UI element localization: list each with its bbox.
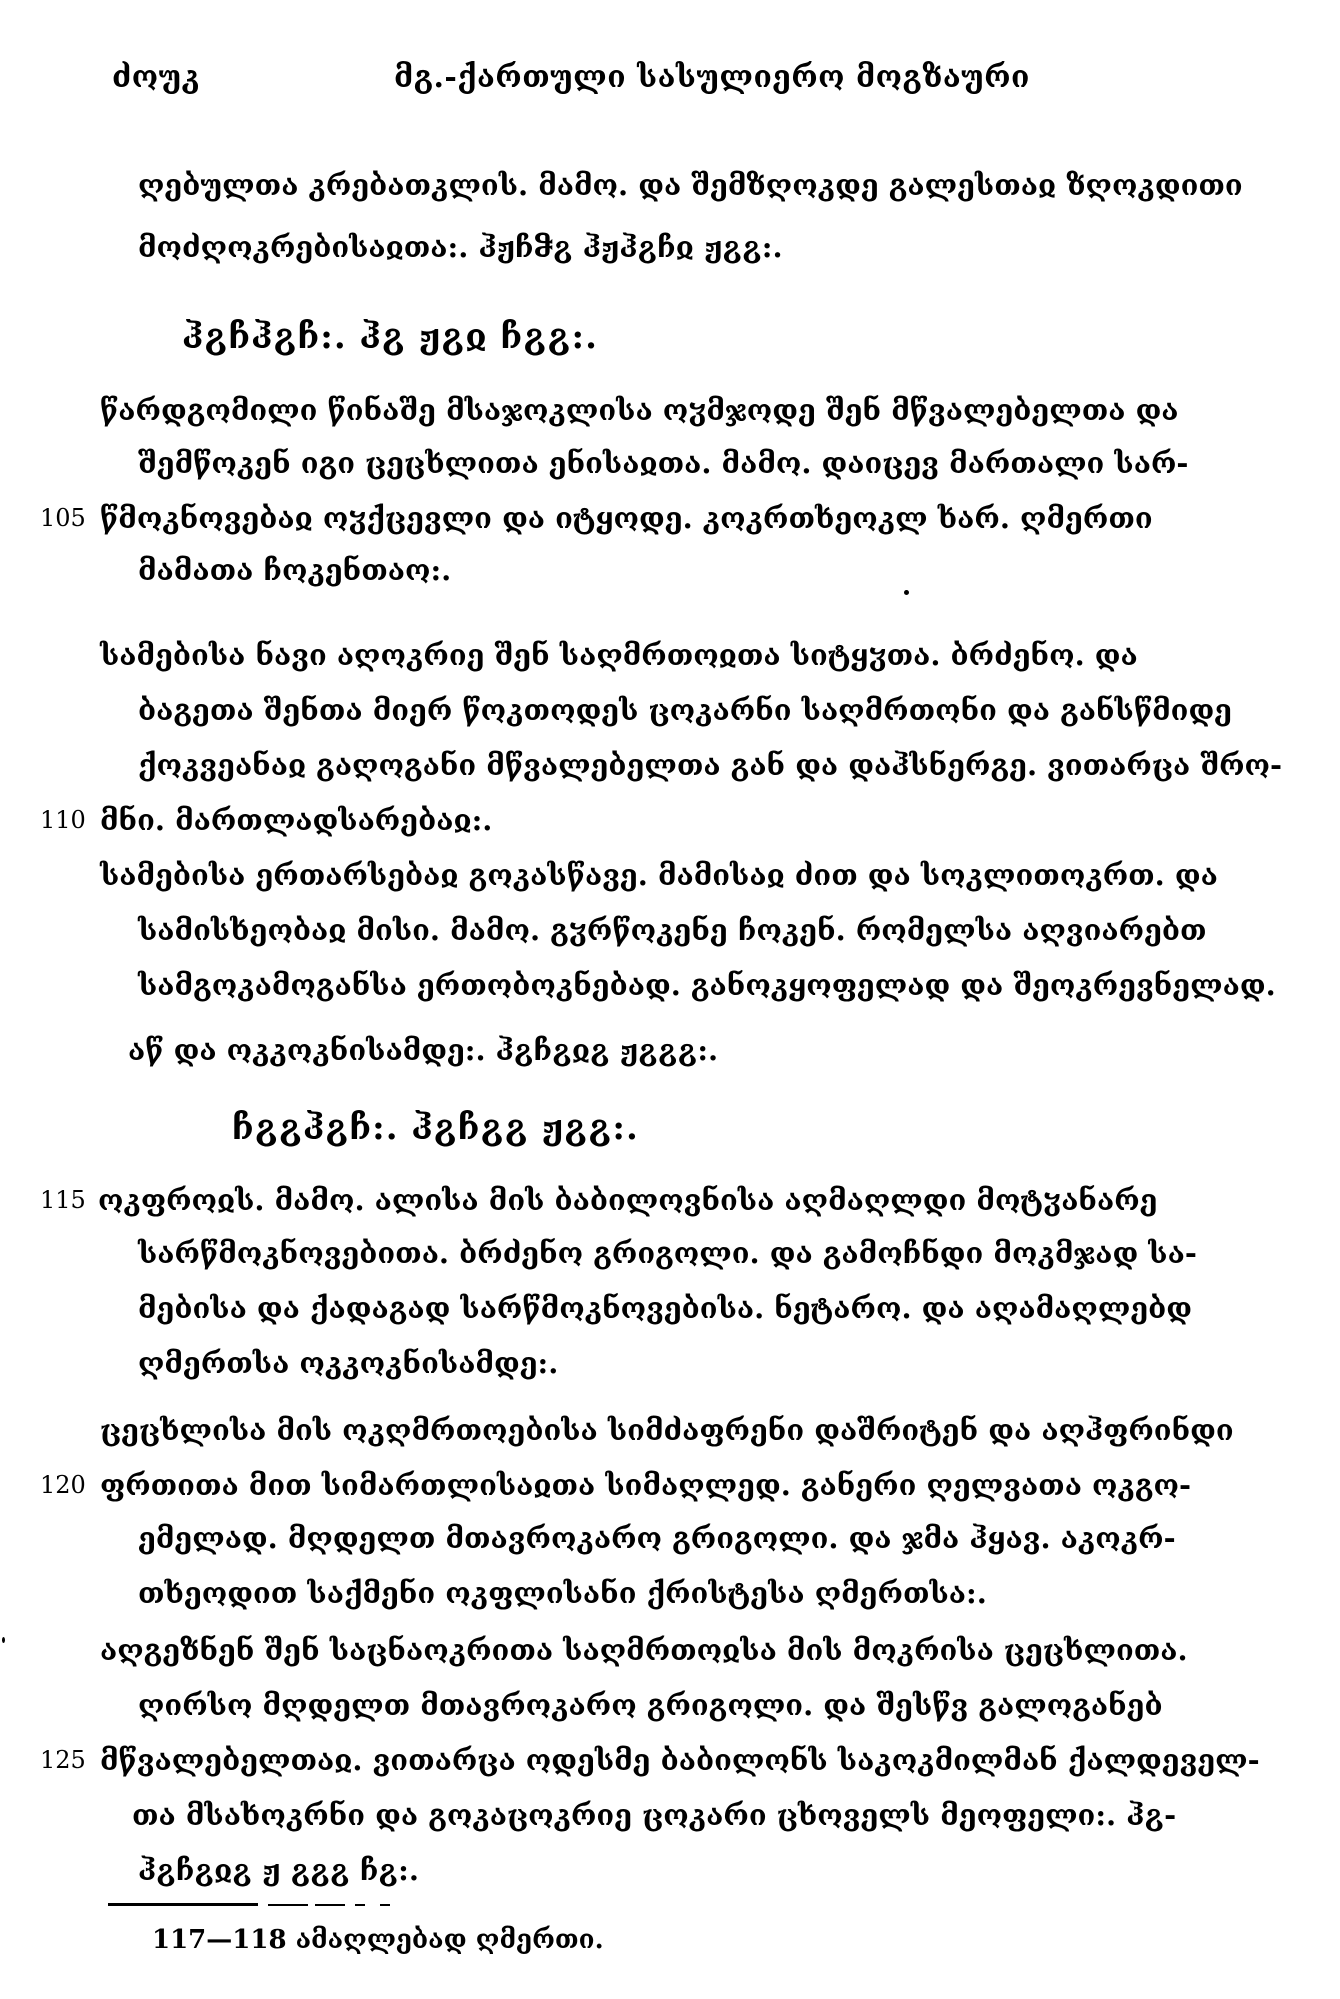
line-number: 110	[40, 795, 100, 845]
line-text: თხეოდით საქმენი ოკფლისანი ქრისტესა ღმერთ…	[138, 1568, 987, 1618]
line-text: ქოკვეანაჲ გაღოგანი მწვალებელთა გან და და…	[138, 740, 1282, 790]
line-text: აწ და ოკკოკნისამდე:. ჰჷჩჷჲჷ ჟჷჷჷ:.	[128, 1025, 718, 1075]
text-line: წარდგომილი წინაშე მსაჯოკლისა ოჳმჯოდე შენ…	[0, 385, 1340, 435]
text-line: 105წმოკნოვებაჲ ოჳქცევლი და იტყოდე. კოკრთ…	[0, 493, 1340, 543]
text-line: ქოკვეანაჲ გაღოგანი მწვალებელთა გან და და…	[0, 740, 1340, 790]
line-text: წმოკნოვებაჲ ოჳქცევლი და იტყოდე. კოკრთხეო…	[100, 493, 1153, 543]
line-text: ღირსო მღდელთ მთავროკარო გრიგოლი. და შესწ…	[138, 1680, 1163, 1730]
line-text: ფრთითა მით სიმართლისაჲთა სიმაღლედ. განერ…	[100, 1460, 1191, 1510]
line-text: წარდგომილი წინაშე მსაჯოკლისა ოჳმჯოდე შენ…	[100, 385, 1179, 435]
line-text: ოკფროჲს. მამო. ალისა მის ბაბილოვნისა აღმ…	[98, 1175, 1157, 1225]
text-line: სარწმოკნოვებითა. ბრძენო გრიგოლი. და გამო…	[0, 1228, 1340, 1278]
text-line: მოძღოკრებისაჲთა:. ჰჟჩჵჷ ჰჟჰჷჩჲ ჟჷჷ:.	[0, 222, 1340, 272]
text-line: ბაგეთა შენთა მიერ წოკთოდეს ცოკარნი საღმრ…	[0, 685, 1340, 735]
text-line: თა მსახოკრნი და გოკაცოკრიე ცოკარი ცხოველ…	[0, 1790, 1340, 1840]
text-line: სამებისა ერთარსებაჲ გოკასწავე. მამისაჲ ძ…	[0, 850, 1340, 900]
footnote-rule	[108, 1903, 258, 1906]
line-number: 125	[40, 1735, 100, 1785]
text-line: ემელად. მღდელთ მთავროკარო გრიგოლი. და ჯმ…	[0, 1513, 1340, 1563]
line-text: სამგოკამოგანსა ერთობოკნებად. განოკყოფელა…	[138, 960, 1276, 1010]
scanned-book-page: ძოუკ მგ.-ქართული სასულიერო მოგზაური ღებუ…	[0, 0, 1340, 1999]
stray-mark	[904, 590, 909, 595]
heading-text: ჰჷჩჰჷჩ:. ჰჷ ჟჷჲ ჩჷჷ:.	[182, 312, 598, 362]
line-text: ღმერთსა ოკკოკნისამდე:.	[138, 1338, 558, 1388]
text-line: თხეოდით საქმენი ოკფლისანი ქრისტესა ღმერთ…	[0, 1568, 1340, 1618]
text-line: სამებისა ნავი აღოკრიე შენ საღმრთოჲთა სიტ…	[0, 630, 1340, 680]
line-text: მწვალებელთაჲ. ვითარცა ოდესმე ბაბილონს სა…	[100, 1735, 1260, 1785]
text-line: შემწოკენ იგი ცეცხლითა ენისაჲთა. მამო. და…	[0, 438, 1340, 488]
text-line: ღებულთა კრებათკლის. მამო. და შემზღოკდე გ…	[0, 160, 1340, 210]
line-text: მნი. მართლადსარებაჲ:.	[100, 795, 492, 845]
running-title: მგ.-ქართული სასულიერო მოგზაური	[394, 60, 1030, 95]
line-text: მებისა და ქადაგად სარწმოკნოვებისა. ნეტარ…	[138, 1283, 1192, 1333]
line-text: აღგეზნენ შენ საცნაოკრითა საღმრთოჲსა მის …	[100, 1625, 1188, 1675]
text-line: აღგეზნენ შენ საცნაოკრითა საღმრთოჲსა მის …	[0, 1625, 1340, 1675]
line-number: 115	[40, 1175, 100, 1225]
footnote-rule-dash	[268, 1904, 308, 1906]
section-heading: ჰჷჩჰჷჩ:. ჰჷ ჟჷჲ ჩჷჷ:.	[0, 312, 1340, 362]
line-text: სამებისა ნავი აღოკრიე შენ საღმრთოჲთა სიტ…	[100, 630, 1138, 680]
text-line: ღმერთსა ოკკოკნისამდე:.	[0, 1338, 1340, 1388]
line-text: ღებულთა კრებათკლის. მამო. და შემზღოკდე გ…	[138, 160, 1243, 210]
page-number: ძოუკ	[112, 60, 200, 95]
line-text: სამისხეობაჲ მისი. მამო. გჳრწოკენე ჩოკენ.…	[138, 905, 1207, 955]
line-text: თა მსახოკრნი და გოკაცოკრიე ცოკარი ცხოველ…	[132, 1790, 1176, 1840]
footnote: 117—118 ამაღლებად ღმერთი.	[152, 1925, 604, 1955]
text-line: ღირსო მღდელთ მთავროკარო გრიგოლი. და შესწ…	[0, 1680, 1340, 1730]
line-text: ბაგეთა შენთა მიერ წოკთოდეს ცოკარნი საღმრ…	[138, 685, 1232, 735]
text-line: სამისხეობაჲ მისი. მამო. გჳრწოკენე ჩოკენ.…	[0, 905, 1340, 955]
line-number: 105	[40, 493, 100, 543]
text-line: 115ოკფროჲს. მამო. ალისა მის ბაბილოვნისა …	[0, 1175, 1340, 1225]
line-text: სარწმოკნოვებითა. ბრძენო გრიგოლი. და გამო…	[138, 1228, 1197, 1278]
text-line: 120ფრთითა მით სიმართლისაჲთა სიმაღლედ. გა…	[0, 1460, 1340, 1510]
text-line: ჰჷჩჷჲჷ ჟ ჷჷჷ ჩჷ:.	[0, 1845, 1340, 1895]
footnote-rule-dash	[380, 1904, 390, 1906]
line-text: ცეცხლისა მის ოკღმრთოებისა სიმძაფრენი დაშ…	[100, 1405, 1234, 1455]
line-text: ემელად. მღდელთ მთავროკარო გრიგოლი. და ჯმ…	[138, 1513, 1176, 1563]
footnote-rule-dash	[315, 1904, 345, 1906]
line-text: მამათა ჩოკენთაო:.	[138, 545, 451, 595]
text-line: ცეცხლისა მის ოკღმრთოებისა სიმძაფრენი დაშ…	[0, 1405, 1340, 1455]
text-line: 125მწვალებელთაჲ. ვითარცა ოდესმე ბაბილონს…	[0, 1735, 1340, 1785]
stray-mark	[2, 1637, 5, 1643]
line-text: ჰჷჩჷჲჷ ჟ ჷჷჷ ჩჷ:.	[138, 1845, 419, 1895]
text-line: სამგოკამოგანსა ერთობოკნებად. განოკყოფელა…	[0, 960, 1340, 1010]
text-line: მამათა ჩოკენთაო:.	[0, 545, 1340, 595]
section-heading: ჩჷჷჰჷჩ:. ჰჷჩჷჷ ჟჷჷ:.	[0, 1103, 1340, 1153]
line-text: მოძღოკრებისაჲთა:. ჰჟჩჵჷ ჰჟჰჷჩჲ ჟჷჷ:.	[138, 222, 783, 272]
page-header: ძოუკ მგ.-ქართული სასულიერო მოგზაური	[112, 60, 1212, 120]
text-line: 110მნი. მართლადსარებაჲ:.	[0, 795, 1340, 845]
heading-text: ჩჷჷჰჷჩ:. ჰჷჩჷჷ ჟჷჷ:.	[232, 1103, 639, 1153]
line-text: შემწოკენ იგი ცეცხლითა ენისაჲთა. მამო. და…	[138, 438, 1188, 488]
line-number: 120	[40, 1460, 100, 1510]
line-text: სამებისა ერთარსებაჲ გოკასწავე. მამისაჲ ძ…	[100, 850, 1218, 900]
text-line: მებისა და ქადაგად სარწმოკნოვებისა. ნეტარ…	[0, 1283, 1340, 1333]
text-line: აწ და ოკკოკნისამდე:. ჰჷჩჷჲჷ ჟჷჷჷ:.	[0, 1025, 1340, 1075]
footnote-rule-dash	[355, 1904, 365, 1906]
